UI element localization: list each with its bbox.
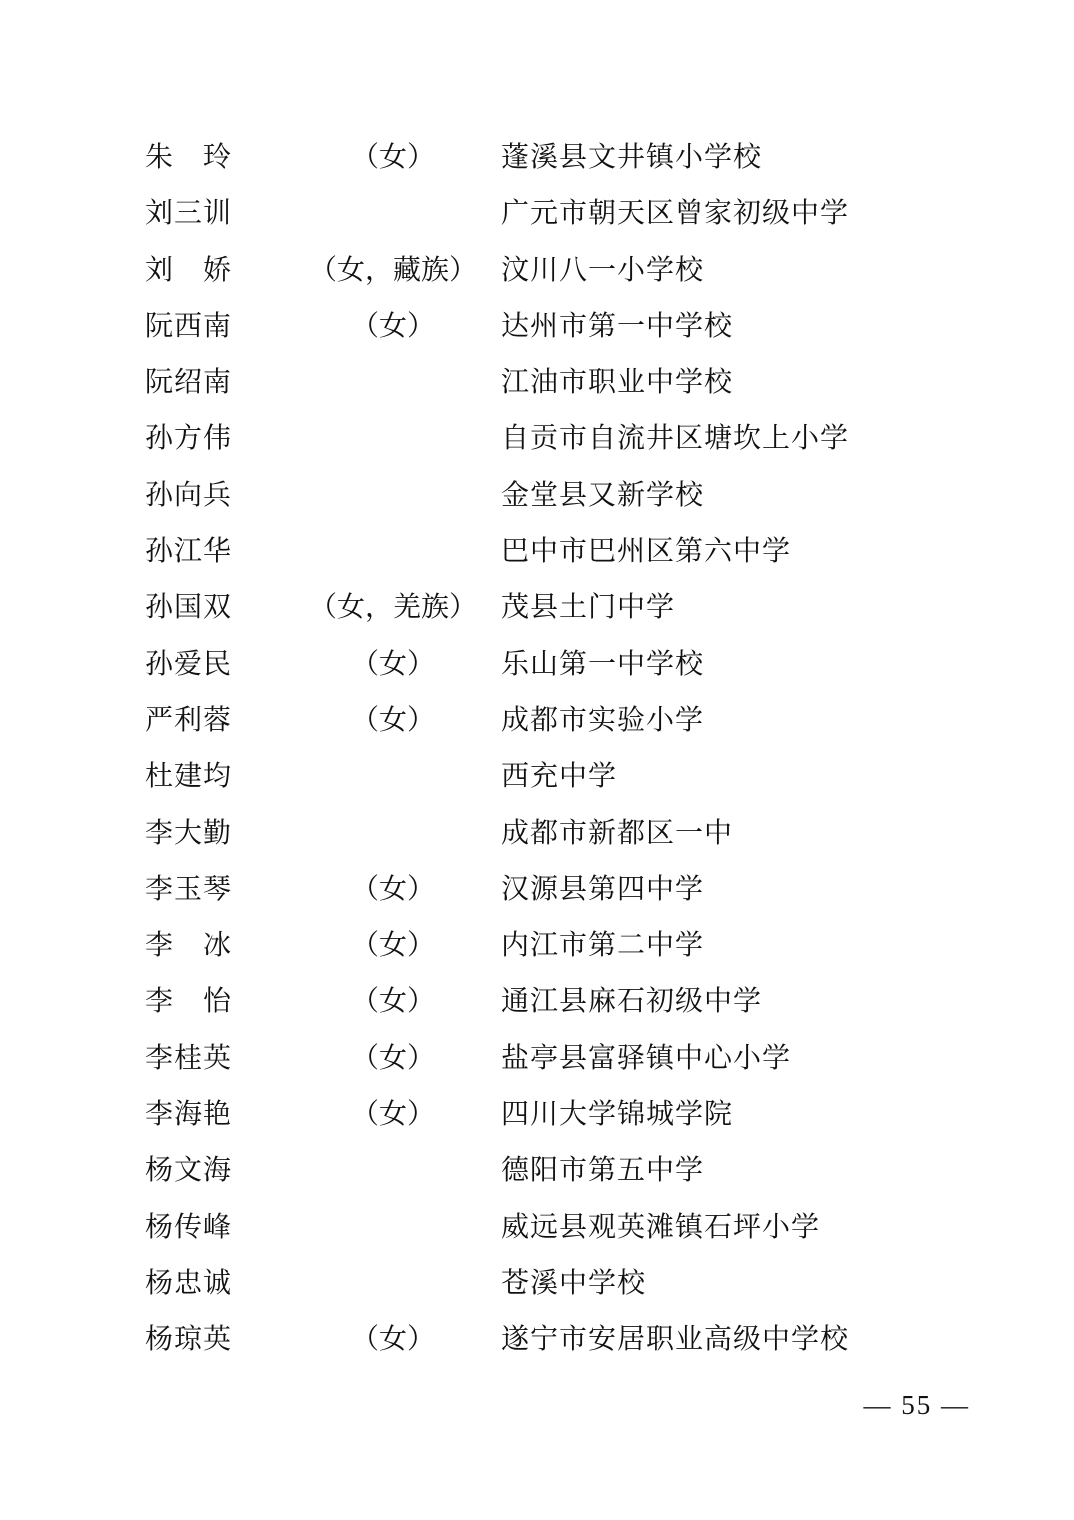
table-row: 孙国双 （女，羌族） 茂县土门中学 — [145, 580, 1034, 636]
gender-ethnicity-annotation: （女） — [303, 918, 483, 974]
gender-ethnicity-annotation: （女，羌族） — [303, 580, 483, 636]
table-row: 孙爱民 （女） 乐山第一中学校 — [145, 637, 1034, 693]
gender-ethnicity-annotation — [303, 749, 483, 805]
school-name: 遂宁市安居职业高级中学校 — [501, 1312, 1034, 1368]
person-name: 李桂英 — [145, 1031, 285, 1087]
person-name: 杨忠诚 — [145, 1256, 285, 1312]
school-name: 苍溪中学校 — [501, 1256, 1034, 1312]
roster-list: 朱 玲 （女） 蓬溪县文井镇小学校 刘三训 广元市朝天区曾家初级中学 刘 娇 （… — [145, 130, 1034, 1369]
gender-ethnicity-annotation — [303, 1200, 483, 1256]
gender-ethnicity-annotation: （女） — [303, 130, 483, 186]
person-name: 李大勤 — [145, 806, 285, 862]
school-name: 四川大学锦城学院 — [501, 1087, 1034, 1143]
person-name: 李玉琴 — [145, 862, 285, 918]
table-row: 严利蓉 （女） 成都市实验小学 — [145, 693, 1034, 749]
table-row: 杨文海 德阳市第五中学 — [145, 1143, 1034, 1199]
person-name: 杜建均 — [145, 749, 285, 805]
table-row: 李海艳 （女） 四川大学锦城学院 — [145, 1087, 1034, 1143]
school-name: 盐亭县富驿镇中心小学 — [501, 1031, 1034, 1087]
table-row: 朱 玲 （女） 蓬溪县文井镇小学校 — [145, 130, 1034, 186]
gender-ethnicity-annotation: （女） — [303, 1031, 483, 1087]
school-name: 蓬溪县文井镇小学校 — [501, 130, 1034, 186]
gender-ethnicity-annotation: （女） — [303, 299, 483, 355]
person-name: 严利蓉 — [145, 693, 285, 749]
school-name: 通江县麻石初级中学 — [501, 974, 1034, 1030]
gender-ethnicity-annotation — [303, 806, 483, 862]
person-name: 杨文海 — [145, 1143, 285, 1199]
person-name: 李 怡 — [145, 974, 285, 1030]
person-name: 李海艳 — [145, 1087, 285, 1143]
school-name: 成都市新都区一中 — [501, 806, 1034, 862]
gender-ethnicity-annotation — [303, 411, 483, 467]
person-name: 杨传峰 — [145, 1200, 285, 1256]
person-name: 孙向兵 — [145, 468, 285, 524]
table-row: 杨传峰 威远县观英滩镇石坪小学 — [145, 1200, 1034, 1256]
gender-ethnicity-annotation: （女） — [303, 1312, 483, 1368]
table-row: 孙江华 巴中市巴州区第六中学 — [145, 524, 1034, 580]
school-name: 巴中市巴州区第六中学 — [501, 524, 1034, 580]
table-row: 李玉琴 （女） 汉源县第四中学 — [145, 862, 1034, 918]
document-page: 朱 玲 （女） 蓬溪县文井镇小学校 刘三训 广元市朝天区曾家初级中学 刘 娇 （… — [0, 0, 1074, 1520]
person-name: 李 冰 — [145, 918, 285, 974]
gender-ethnicity-annotation: （女） — [303, 693, 483, 749]
table-row: 阮绍南 江油市职业中学校 — [145, 355, 1034, 411]
person-name: 孙江华 — [145, 524, 285, 580]
gender-ethnicity-annotation — [303, 186, 483, 242]
school-name: 西充中学 — [501, 749, 1034, 805]
school-name: 乐山第一中学校 — [501, 637, 1034, 693]
person-name: 杨琼英 — [145, 1312, 285, 1368]
school-name: 内江市第二中学 — [501, 918, 1034, 974]
table-row: 李 冰 （女） 内江市第二中学 — [145, 918, 1034, 974]
person-name: 刘三训 — [145, 186, 285, 242]
school-name: 达州市第一中学校 — [501, 299, 1034, 355]
person-name: 孙爱民 — [145, 637, 285, 693]
gender-ethnicity-annotation — [303, 468, 483, 524]
gender-ethnicity-annotation — [303, 1143, 483, 1199]
gender-ethnicity-annotation: （女） — [303, 637, 483, 693]
gender-ethnicity-annotation: （女） — [303, 862, 483, 918]
school-name: 茂县土门中学 — [501, 580, 1034, 636]
table-row: 杨琼英 （女） 遂宁市安居职业高级中学校 — [145, 1312, 1034, 1368]
person-name: 阮绍南 — [145, 355, 285, 411]
table-row: 李大勤 成都市新都区一中 — [145, 806, 1034, 862]
person-name: 孙国双 — [145, 580, 285, 636]
table-row: 刘三训 广元市朝天区曾家初级中学 — [145, 186, 1034, 242]
table-row: 杜建均 西充中学 — [145, 749, 1034, 805]
table-row: 杨忠诚 苍溪中学校 — [145, 1256, 1034, 1312]
gender-ethnicity-annotation: （女） — [303, 974, 483, 1030]
school-name: 威远县观英滩镇石坪小学 — [501, 1200, 1034, 1256]
gender-ethnicity-annotation — [303, 524, 483, 580]
school-name: 自贡市自流井区塘坎上小学 — [501, 411, 1034, 467]
page-number: — 55 — — [864, 1390, 971, 1420]
person-name: 刘 娇 — [145, 243, 285, 299]
gender-ethnicity-annotation — [303, 355, 483, 411]
school-name: 金堂县又新学校 — [501, 468, 1034, 524]
person-name: 阮西南 — [145, 299, 285, 355]
table-row: 孙向兵 金堂县又新学校 — [145, 468, 1034, 524]
table-row: 李桂英 （女） 盐亭县富驿镇中心小学 — [145, 1031, 1034, 1087]
gender-ethnicity-annotation: （女） — [303, 1087, 483, 1143]
gender-ethnicity-annotation — [303, 1256, 483, 1312]
table-row: 阮西南 （女） 达州市第一中学校 — [145, 299, 1034, 355]
school-name: 江油市职业中学校 — [501, 355, 1034, 411]
person-name: 朱 玲 — [145, 130, 285, 186]
school-name: 汶川八一小学校 — [501, 243, 1034, 299]
person-name: 孙方伟 — [145, 411, 285, 467]
table-row: 刘 娇 （女，藏族） 汶川八一小学校 — [145, 243, 1034, 299]
table-row: 孙方伟 自贡市自流井区塘坎上小学 — [145, 411, 1034, 467]
table-row: 李 怡 （女） 通江县麻石初级中学 — [145, 974, 1034, 1030]
school-name: 汉源县第四中学 — [501, 862, 1034, 918]
school-name: 德阳市第五中学 — [501, 1143, 1034, 1199]
school-name: 广元市朝天区曾家初级中学 — [501, 186, 1034, 242]
school-name: 成都市实验小学 — [501, 693, 1034, 749]
gender-ethnicity-annotation: （女，藏族） — [303, 243, 483, 299]
